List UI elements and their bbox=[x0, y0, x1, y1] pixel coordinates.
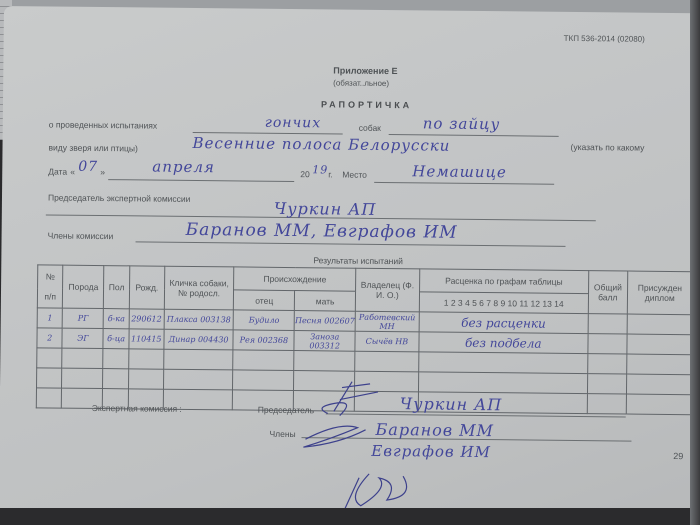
footer-members-label: Члены bbox=[269, 429, 295, 439]
cell-num: 2 bbox=[37, 328, 63, 348]
year-prefix: 20 bbox=[300, 169, 310, 179]
cell-owner: Сычёв НВ bbox=[355, 331, 419, 352]
col-num-header: №п/п bbox=[37, 265, 63, 308]
col-origin-header: Происхождение bbox=[234, 267, 356, 291]
cell-born: 290612 bbox=[129, 309, 164, 329]
cell-total bbox=[588, 334, 627, 354]
col-scoring-header: Расценка по графам таблицы bbox=[419, 269, 589, 294]
cell-diploma bbox=[626, 394, 692, 415]
col-mother-header: мать bbox=[295, 291, 356, 312]
cell-owner: Работевский МН bbox=[355, 311, 419, 332]
year-label: г. bbox=[328, 169, 333, 179]
cell-born bbox=[129, 349, 164, 369]
chairman-label: Председатель экспертной комиссии bbox=[48, 192, 191, 203]
col-name-header: Кличка собаки, № родосл. bbox=[164, 266, 234, 310]
cell-diploma bbox=[627, 314, 693, 335]
col-father-header: отец bbox=[234, 290, 295, 311]
cell-total bbox=[587, 394, 626, 414]
cell-mother: Песня 002607 bbox=[294, 311, 355, 332]
cell-father bbox=[233, 370, 294, 391]
col-scoring-numbers: 1 2 3 4 5 6 7 8 9 10 11 12 13 14 bbox=[419, 292, 588, 314]
commission-label: Экспертная комиссия : bbox=[92, 403, 182, 414]
cell-father: Будило bbox=[234, 310, 295, 331]
year-suffix: 19 bbox=[312, 163, 328, 176]
date-day: 07 bbox=[78, 159, 98, 175]
cell-name bbox=[163, 349, 233, 370]
cell-total bbox=[588, 354, 627, 374]
cell-total bbox=[588, 314, 627, 334]
appendix-label: Приложение Е bbox=[333, 65, 397, 76]
page-title: РАПОРТИЧКА bbox=[321, 99, 412, 110]
cell-num bbox=[37, 348, 63, 368]
form-page: ТКП 536-2014 (02080) Приложение Е (обяза… bbox=[0, 6, 696, 521]
species-value: Весенние полоса Белорусски bbox=[192, 134, 450, 155]
cell-owner bbox=[355, 351, 419, 372]
results-caption: Результаты испытаний bbox=[313, 255, 403, 266]
col-born-header: Рожд. bbox=[129, 266, 164, 309]
members-underline bbox=[136, 241, 566, 247]
cell-sex: б-ца bbox=[103, 329, 129, 349]
date-label: Дата bbox=[48, 166, 67, 176]
page-number: 29 bbox=[673, 451, 683, 461]
cell-name: Плакса 003138 bbox=[164, 309, 234, 330]
place-label: Место bbox=[342, 170, 367, 180]
cell-diploma bbox=[626, 374, 692, 395]
cell-breed: ЭГ bbox=[62, 328, 103, 348]
cell-born: 110415 bbox=[129, 329, 164, 349]
signature-scribbles bbox=[299, 377, 420, 518]
cell-scoring: без подбела bbox=[419, 332, 588, 354]
cell-sex bbox=[103, 369, 129, 389]
date-month-underline bbox=[108, 179, 294, 182]
cell-name: Динар 004430 bbox=[164, 329, 234, 350]
species-label: виду зверя или птицы) bbox=[48, 142, 137, 153]
col-owner-header: Владелец (Ф. И. О.) bbox=[355, 268, 419, 312]
cell-mother: Заноза 003312 bbox=[294, 331, 355, 352]
desk-surface bbox=[0, 508, 700, 525]
cell-num: 1 bbox=[37, 308, 63, 328]
cell-scoring: без расценки bbox=[419, 312, 588, 334]
dogs-label: собак bbox=[359, 123, 381, 133]
col-breed-header: Порода bbox=[63, 265, 104, 308]
cell-father bbox=[233, 350, 294, 371]
place-underline bbox=[374, 182, 554, 185]
cell-num bbox=[36, 388, 62, 408]
dogs-value: по зайцу bbox=[423, 114, 501, 133]
appendix-note: (обязат..льное) bbox=[333, 78, 389, 88]
date-month: апреля bbox=[152, 158, 215, 177]
cell-born bbox=[128, 369, 163, 389]
cell-mother bbox=[294, 351, 355, 372]
paper-edge-shadow bbox=[690, 0, 700, 525]
doc-code: ТКП 536-2014 (02080) bbox=[564, 34, 645, 44]
cell-sex bbox=[103, 349, 129, 369]
cell-breed: РГ bbox=[63, 308, 104, 328]
cell-total bbox=[587, 374, 626, 394]
cell-num bbox=[37, 368, 63, 388]
cell-father: Рея 002368 bbox=[233, 330, 294, 351]
members-value: Баранов ММ, Евграфов ИМ bbox=[186, 220, 458, 243]
date-quote-close: » bbox=[100, 167, 105, 177]
col-total-header: Общий балл bbox=[588, 271, 627, 314]
col-diploma-header: Присужден диплом bbox=[627, 271, 693, 315]
col-sex-header: Пол bbox=[104, 266, 130, 309]
trials-value: гончих bbox=[265, 115, 322, 132]
cell-sex: б-ка bbox=[104, 309, 130, 329]
trials-label: о проведенных испытаниях bbox=[49, 119, 158, 130]
cell-scoring bbox=[418, 352, 587, 374]
cell-diploma bbox=[626, 354, 692, 375]
chairman-value: Чуркин АП bbox=[274, 199, 377, 219]
cell-scoring bbox=[418, 372, 587, 394]
members-label: Члены комиссии bbox=[48, 230, 114, 241]
cell-diploma bbox=[627, 334, 693, 355]
place-value: Немашице bbox=[412, 162, 507, 181]
cell-name bbox=[163, 369, 233, 390]
cell-breed bbox=[62, 368, 103, 388]
date-quote-open: « bbox=[70, 167, 75, 177]
species-hint: (указать по какому bbox=[571, 142, 645, 153]
cell-breed bbox=[62, 348, 103, 368]
